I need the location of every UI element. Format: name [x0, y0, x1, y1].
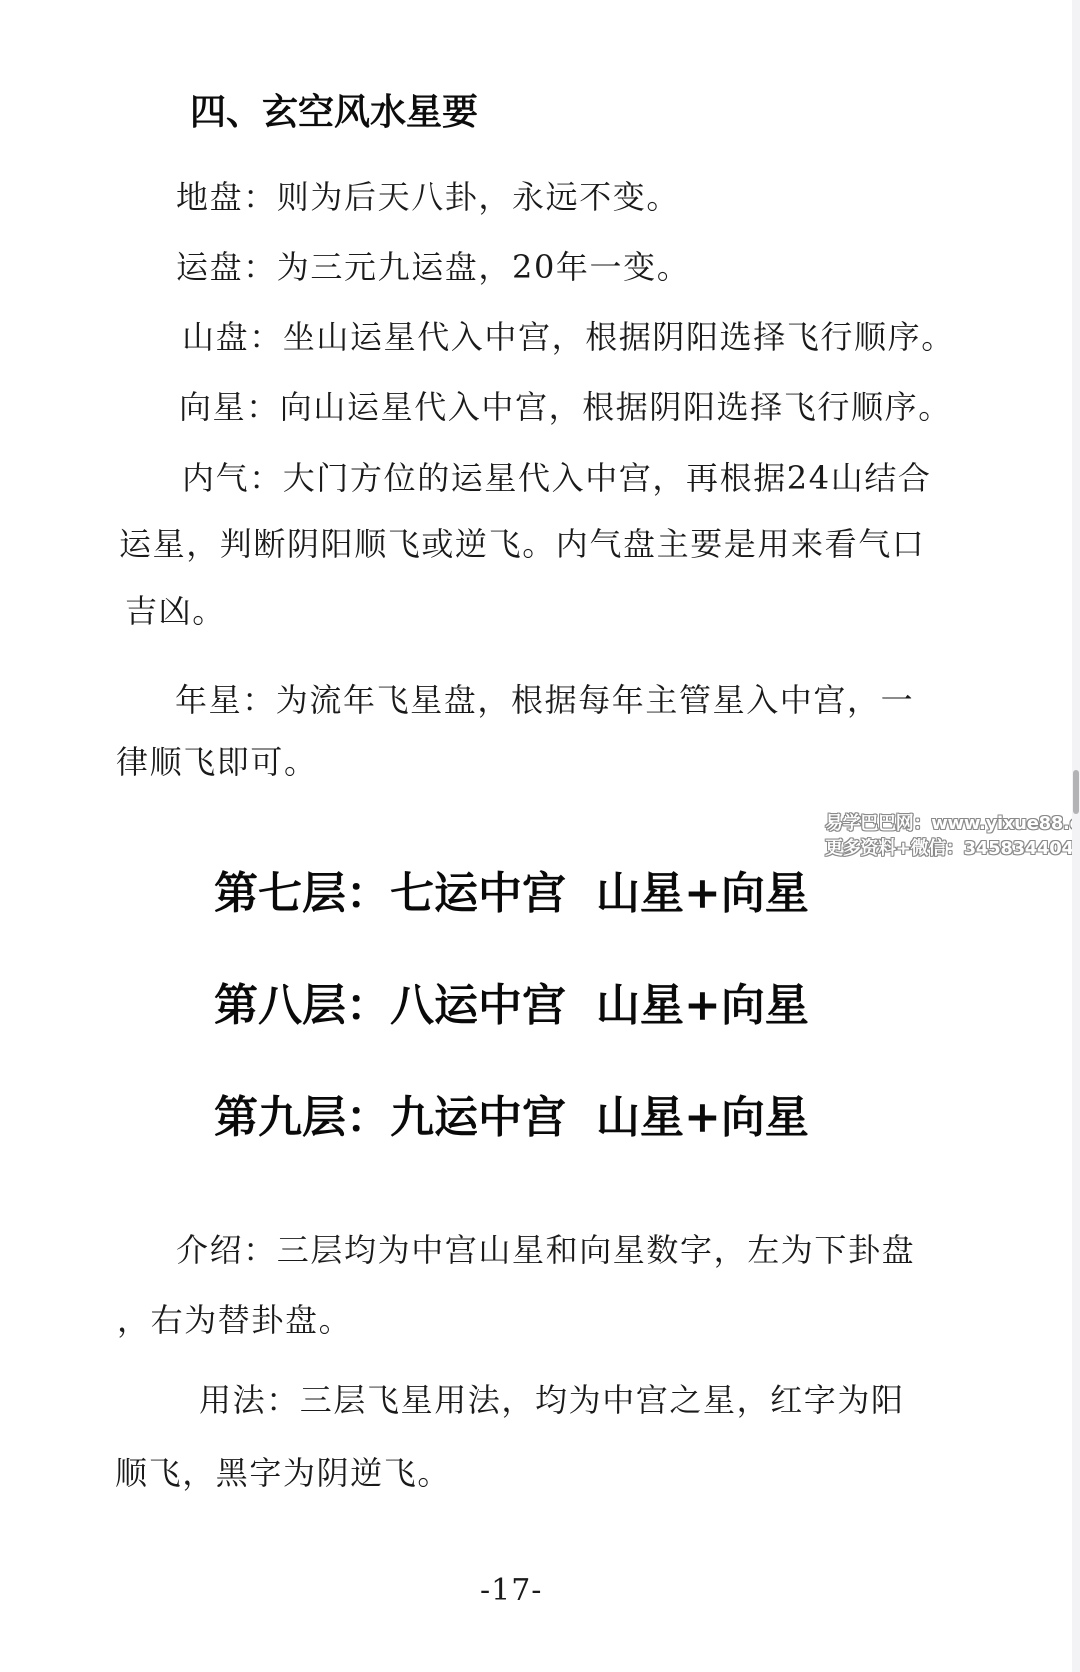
paragraph-nianxing-line1: 年星：为流年飞星盘，根据每年主管星入中宫，一	[175, 684, 914, 716]
note-usage-line1: 用法：三层飞星用法，均为中宫之星，红字为阳	[199, 1384, 905, 1416]
layer-nine-name: 第九层：	[214, 1092, 390, 1143]
scrollbar-thumb[interactable]	[1073, 770, 1079, 814]
document-page: 四、玄空风水星要 地盘：则为后天八卦，永远不变。 运盘：为三元九运盘，20年一变…	[0, 0, 1072, 1672]
section-heading: 四、玄空风水星要	[190, 94, 478, 130]
note-usage-line2: 顺飞，黑字为阴逆飞。	[115, 1457, 451, 1489]
note-intro-line2: ，右为替卦盘。	[117, 1304, 352, 1336]
layer-seven-center: 七运中宫	[390, 868, 566, 919]
paragraph-neiqi-line3: 吉凶。	[125, 595, 226, 627]
watermark: 易学巴巴网：www.yixue88.cn 更多资料+微信：3458344044	[825, 811, 1080, 861]
layer-seven-stars: 山星+向星	[596, 868, 809, 919]
paragraph-nianxing-line2: 律顺飞即可。	[116, 746, 318, 778]
layer-eight-row: 第八层：八运中宫山星+向星	[214, 984, 809, 1028]
watermark-line1: 易学巴巴网：www.yixue88.cn	[825, 811, 1080, 836]
vertical-scrollbar[interactable]	[1072, 0, 1080, 1672]
note-intro-line1: 介绍：三层均为中宫山星和向星数字，左为下卦盘	[176, 1234, 915, 1266]
paragraph-neiqi-line2: 运星，判断阴阳顺飞或逆飞。内气盘主要是用来看气口	[119, 528, 925, 560]
paragraph-dipan: 地盘：则为后天八卦，永远不变。	[176, 181, 680, 213]
layer-eight-name: 第八层：	[214, 980, 390, 1031]
layer-eight-stars: 山星+向星	[596, 980, 809, 1031]
paragraph-yunpan: 运盘：为三元九运盘，20年一变。	[176, 251, 690, 283]
layer-nine-center: 九运中宫	[390, 1092, 566, 1143]
paragraph-neiqi-line1: 内气：大门方位的运星代入中宫，再根据24山结合	[182, 462, 932, 494]
layer-eight-center: 八运中宫	[390, 980, 566, 1031]
page-number: -17-	[480, 1576, 542, 1606]
watermark-line2: 更多资料+微信：3458344044	[825, 836, 1080, 861]
paragraph-xiangxing: 向星：向山运星代入中宫，根据阴阳选择飞行顺序。	[179, 391, 952, 423]
paragraph-shanpan: 山盘：坐山运星代入中宫，根据阴阳选择飞行顺序。	[182, 321, 955, 353]
layer-nine-stars: 山星+向星	[596, 1092, 809, 1143]
layer-nine-row: 第九层：九运中宫山星+向星	[214, 1096, 809, 1140]
layer-seven-name: 第七层：	[214, 868, 390, 919]
layer-seven-row: 第七层：七运中宫山星+向星	[214, 872, 809, 916]
